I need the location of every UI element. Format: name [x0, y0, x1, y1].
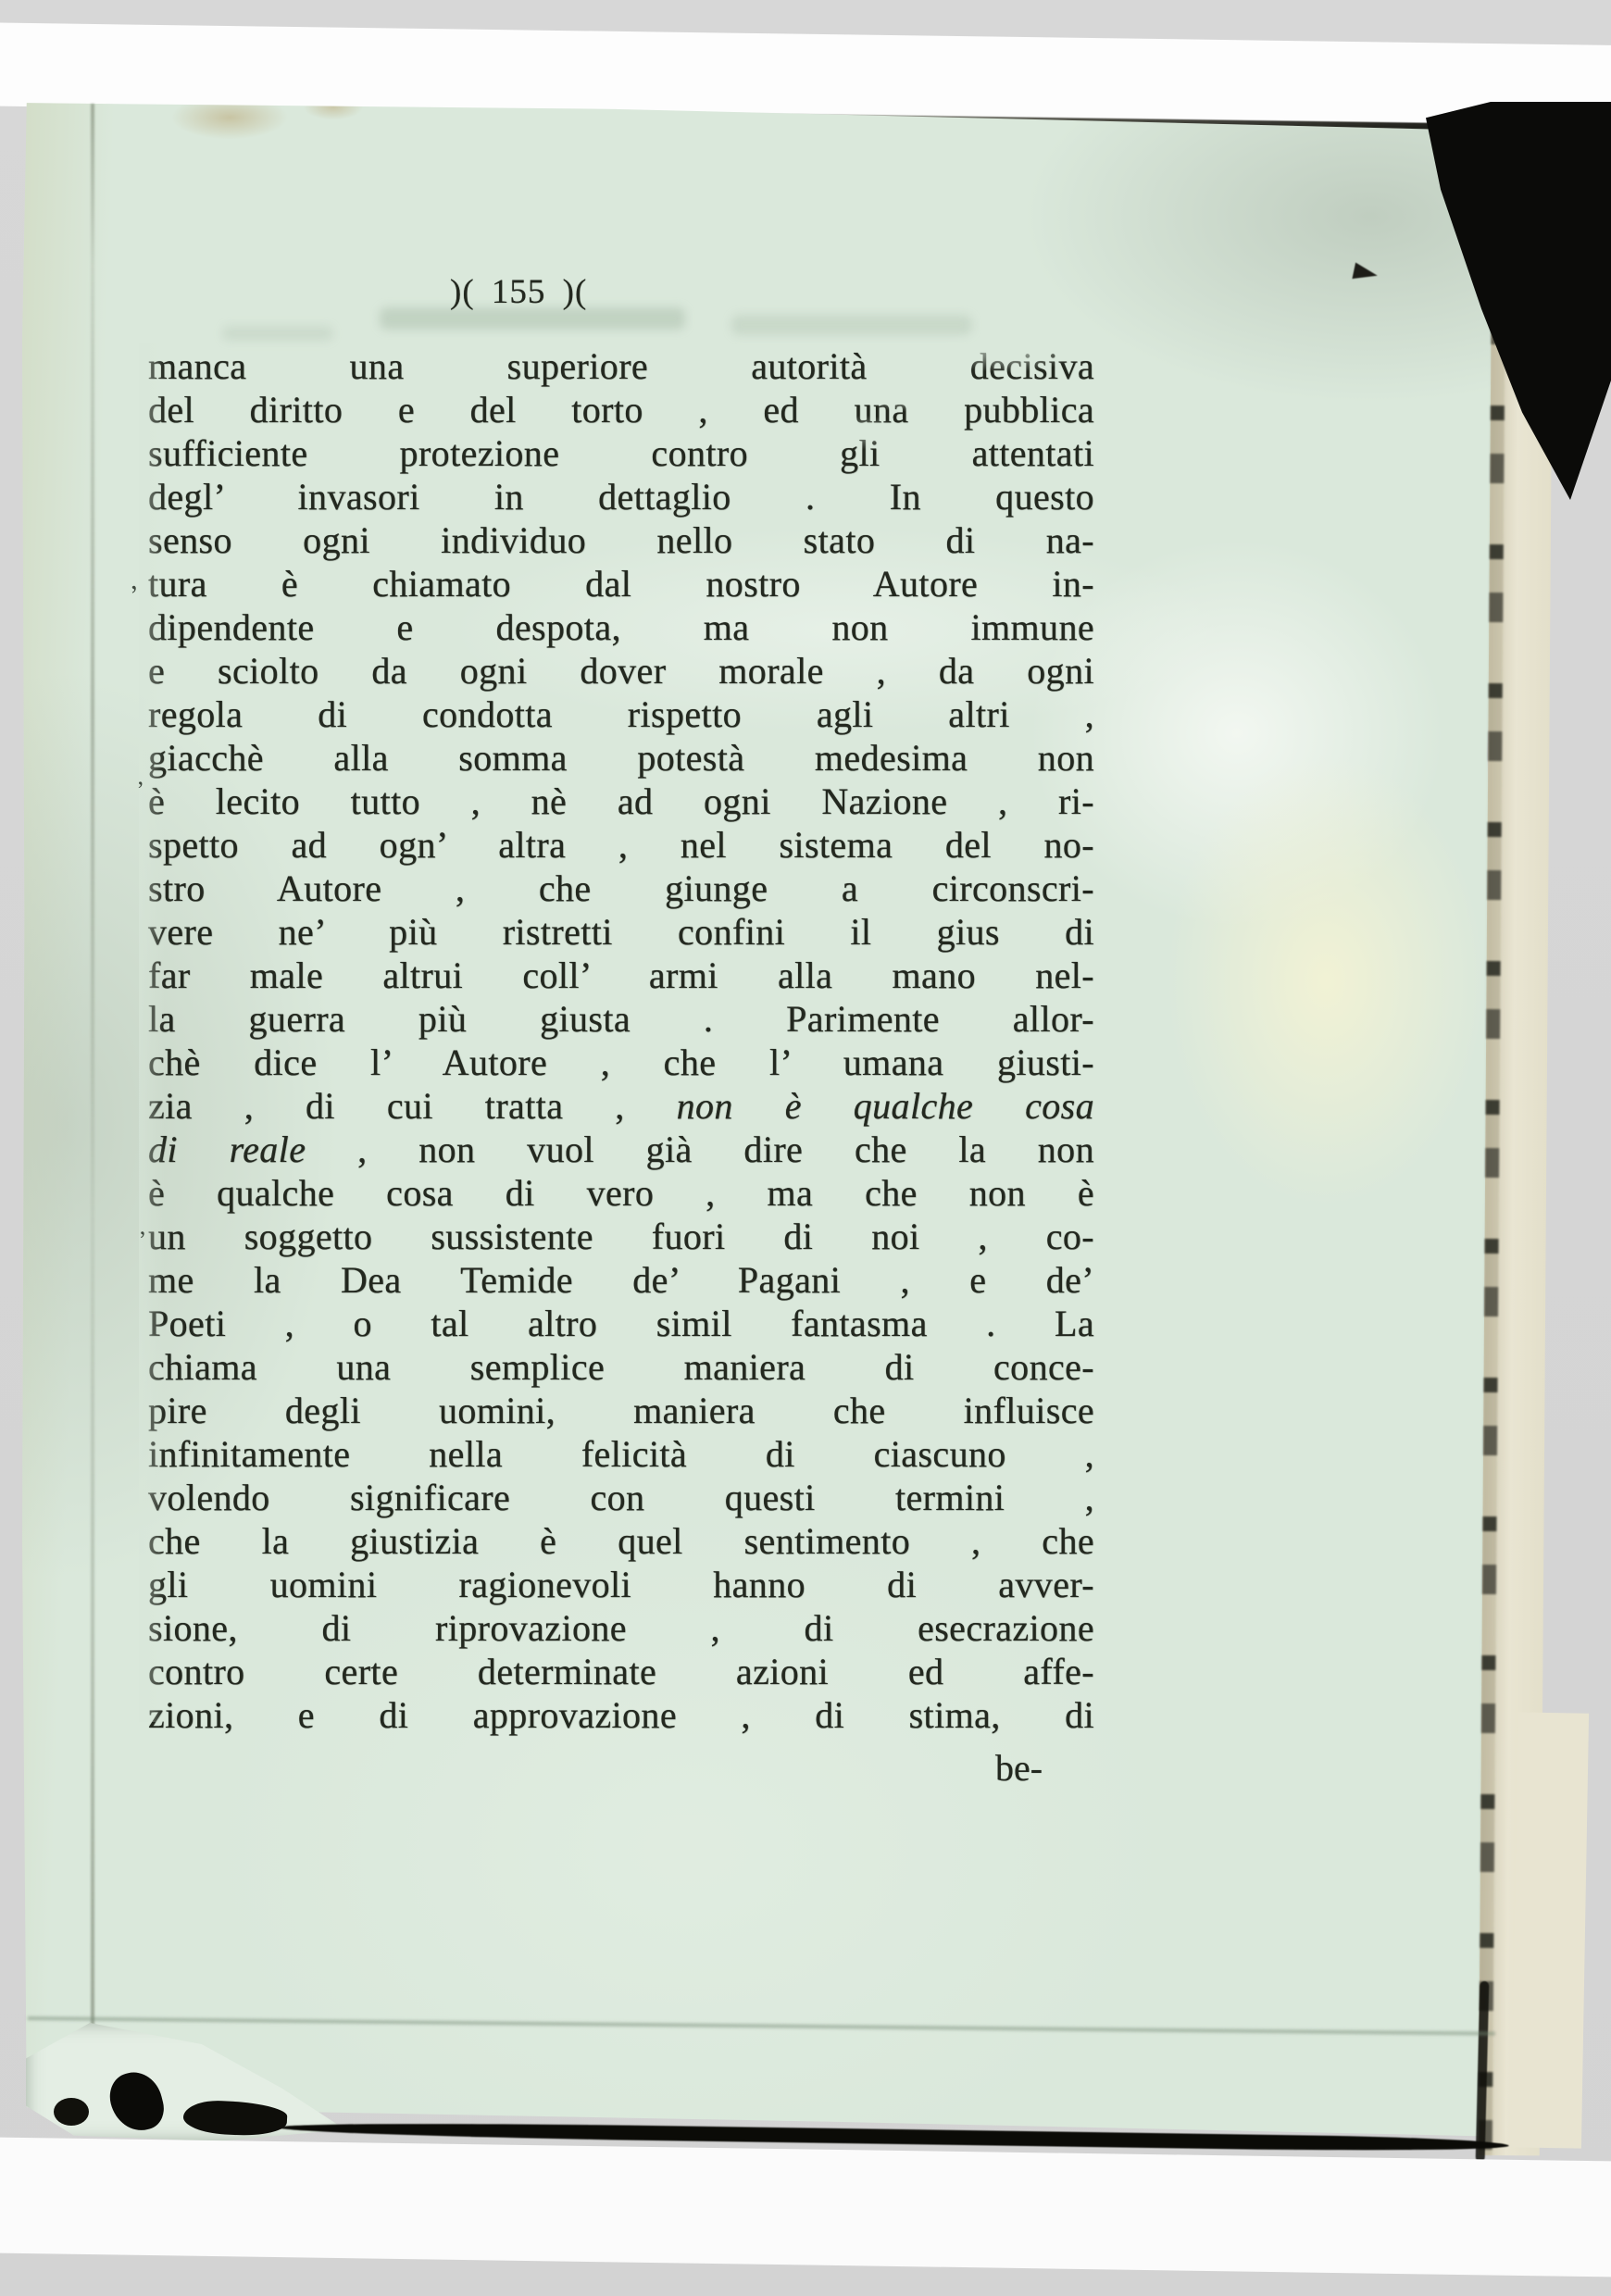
text-segment: la guerra più giusta . Parimente allor- [148, 998, 1094, 1040]
text-line: pire degli uomini, maniera che influisce [148, 1389, 1094, 1432]
text-segment: tura è chiamato dal nostro Autore in- [148, 563, 1094, 605]
text-segment-italic: non è qualche cosa [677, 1085, 1094, 1127]
text-segment: stro Autore , che giunge a circonscri- [148, 867, 1094, 909]
text-line: un soggetto sussistente fuori di noi , c… [148, 1215, 1094, 1258]
text-segment: Poeti , o tal altro simil fantasma . La [148, 1303, 1094, 1344]
text-line: di reale , non vuol già dire che la non [148, 1128, 1094, 1171]
text-line: sufficiente protezione contro gli attent… [148, 431, 1094, 475]
text-line: gli uomini ragionevoli hanno di avver- [148, 1563, 1094, 1606]
text-line: volendo significare con questi termini , [148, 1476, 1094, 1519]
text-line: degl’ invasori in dettaglio . In questo [148, 475, 1094, 518]
text-line: zioni, e di approvazione , di stima, di [148, 1693, 1094, 1737]
text-segment: è qualche cosa di vero , ma che non è [148, 1172, 1094, 1214]
text-segment: gli uomini ragionevoli hanno di avver- [148, 1564, 1094, 1605]
text-segment: regola di condotta rispetto agli altri , [148, 693, 1094, 735]
text-line: me la Dea Temide de’ Pagani , e de’ [148, 1258, 1094, 1302]
text-segment: vere ne’ più ristretti confini il gius d… [148, 911, 1094, 953]
text-segment: chiama una semplice maniera di conce- [148, 1346, 1094, 1388]
text-line: chiama una semplice maniera di conce- [148, 1345, 1094, 1389]
text-block: manca una superiore autorità decisivadel… [148, 344, 1094, 1737]
scanned-book-page: )( 155 )( manca una superiore autorità d… [0, 0, 1611, 2296]
text-segment-italic: di reale [148, 1129, 306, 1170]
text-segment: spetto ad ogn’ altra , nel sistema del n… [148, 824, 1094, 866]
text-segment: infinitamente nella felicità di ciascuno… [148, 1433, 1094, 1475]
page-number-header: )( 155 )( [450, 272, 587, 312]
text-segment: dipendente e despota, ma non immune [148, 606, 1094, 648]
text-segment: far male altrui coll’ armi alla mano nel… [148, 955, 1094, 996]
text-segment: sufficiente protezione contro gli attent… [148, 432, 1094, 474]
text-line: zia , di cui tratta , non è qualche cosa [148, 1084, 1094, 1128]
text-line: è lecito tutto , nè ad ogni Nazione , ri… [148, 780, 1094, 823]
text-line: Poeti , o tal altro simil fantasma . La [148, 1302, 1094, 1345]
text-line: stro Autore , che giunge a circonscri- [148, 867, 1094, 910]
text-segment: me la Dea Temide de’ Pagani , e de’ [148, 1259, 1094, 1301]
page-fold-crease [91, 104, 94, 2122]
text-line: giacchè alla somma potestà medesima non [148, 736, 1094, 780]
text-segment: pire degli uomini, maniera che influisce [148, 1390, 1094, 1431]
adjacent-page-lower-edge [1511, 1712, 1589, 2148]
ink-bleedthrough-smudge [222, 326, 333, 341]
text-segment: che la giustizia è quel sentimento , che [148, 1520, 1094, 1562]
text-line: far male altrui coll’ armi alla mano nel… [148, 954, 1094, 997]
text-segment: e sciolto da ogni dover morale , da ogni [148, 650, 1094, 692]
text-line: senso ogni individuo nello stato di na- [148, 518, 1094, 562]
faded-print-wash [917, 324, 1097, 378]
text-line: che la giustizia è quel sentimento , che [148, 1519, 1094, 1563]
text-segment: contro certe determinate azioni ed affe- [148, 1651, 1094, 1692]
text-segment: , non vuol già dire che la non [306, 1129, 1094, 1170]
text-line: regola di condotta rispetto agli altri , [148, 693, 1094, 736]
ink-bleedthrough-smudge [731, 315, 972, 335]
scanner-white-band-bottom [0, 2137, 1611, 2278]
faded-print-wash [820, 411, 908, 454]
text-line: è qualche cosa di vero , ma che non è [148, 1171, 1094, 1215]
text-segment: sione, di riprovazione , di esecrazione [148, 1607, 1094, 1649]
text-line: sione, di riprovazione , di esecrazione [148, 1606, 1094, 1650]
text-line: contro certe determinate azioni ed affe- [148, 1650, 1094, 1693]
text-segment: senso ogni individuo nello stato di na- [148, 519, 1094, 561]
gutter-fade-wash [139, 343, 165, 1722]
faded-print-wash [850, 368, 956, 417]
text-line: tura è chiamato dal nostro Autore in- [148, 562, 1094, 605]
text-segment: zia , di cui tratta , [148, 1085, 677, 1127]
text-line: e sciolto da ogni dover morale , da ogni [148, 649, 1094, 693]
text-line: spetto ad ogn’ altra , nel sistema del n… [148, 823, 1094, 867]
text-segment: chè dice l’ Autore , che l’ umana giusti… [148, 1042, 1094, 1083]
bottom-edge-ink-blot [54, 2098, 89, 2126]
text-segment: volendo significare con questi termini , [148, 1477, 1094, 1518]
text-line: dipendente e despota, ma non immune [148, 605, 1094, 649]
text-segment: un soggetto sussistente fuori di noi , c… [148, 1216, 1094, 1257]
catchword: be- [995, 1746, 1043, 1790]
text-line: vere ne’ più ristretti confini il gius d… [148, 910, 1094, 954]
text-segment: è lecito tutto , nè ad ogni Nazione , ri… [148, 780, 1094, 822]
text-segment: degl’ invasori in dettaglio . In questo [148, 476, 1094, 518]
text-segment: zioni, e di approvazione , di stima, di [148, 1694, 1094, 1736]
text-line: chè dice l’ Autore , che l’ umana giusti… [148, 1041, 1094, 1084]
text-line: la guerra più giusta . Parimente allor- [148, 997, 1094, 1041]
text-line: infinitamente nella felicità di ciascuno… [148, 1432, 1094, 1476]
text-segment: giacchè alla somma potestà medesima non [148, 737, 1094, 779]
